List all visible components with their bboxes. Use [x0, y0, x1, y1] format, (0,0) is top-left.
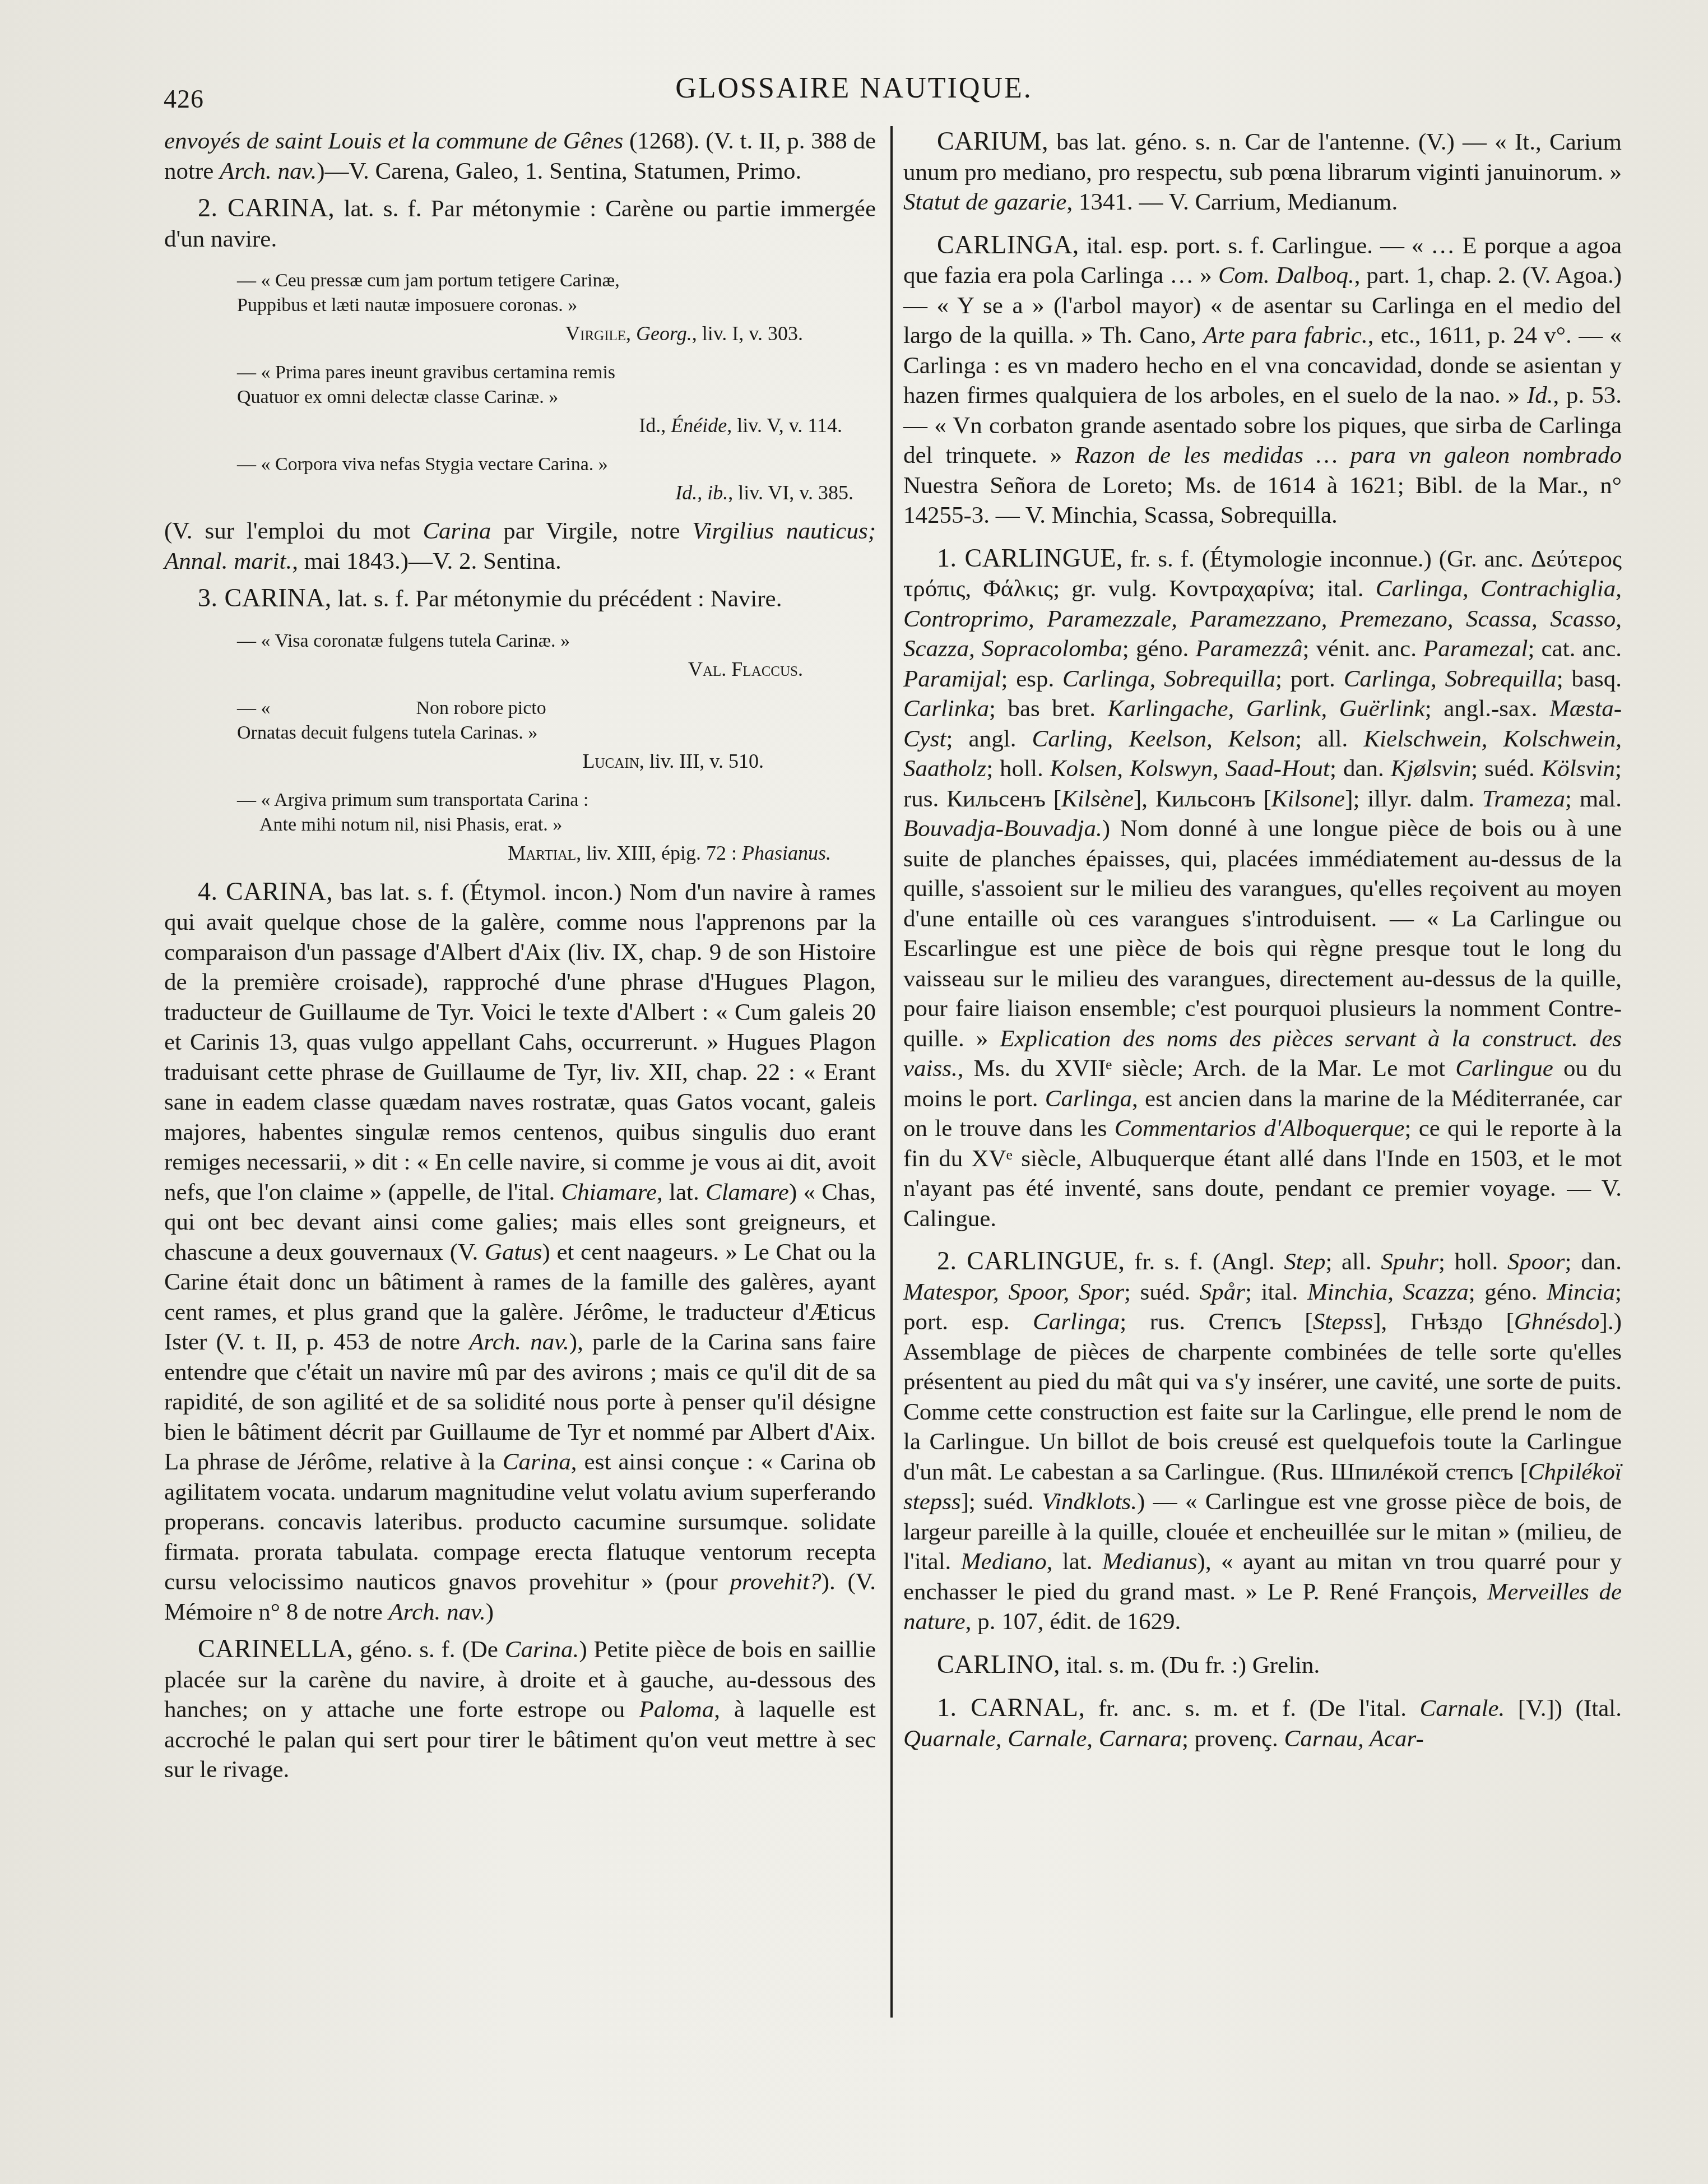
citation: Val. Flaccus.	[164, 657, 803, 681]
cite-rest: , liv. III, v. 510.	[639, 750, 764, 772]
text: )	[486, 1599, 494, 1625]
italic-text: Carlinga, Sobrequilla	[1344, 666, 1557, 692]
quote-line: — « Ceu pressæ cum jam portum tetigere C…	[237, 268, 876, 293]
headword: CARIUM,	[937, 127, 1048, 155]
text: ; all.	[1325, 1249, 1381, 1275]
italic-text: Karlingache, Garlink, Guërlink	[1107, 695, 1424, 722]
cross-reference-note: (V. sur l'emploi du mot Carina par Virgi…	[164, 516, 876, 576]
italic-text: Arch. nav.	[220, 158, 317, 184]
text: ; angl.	[946, 726, 1032, 752]
text: , 1341. — V. Carrium, Medianum.	[1066, 189, 1398, 215]
italic-text: Arch. nav.	[389, 1599, 486, 1625]
italic-text: Carina	[423, 518, 491, 544]
quote-line: Puppibus et læti nautæ imposuere coronas…	[237, 293, 876, 318]
italic-text: Carlinga	[1045, 1086, 1132, 1112]
entry-carlino: CARLINO, ital. s. m. (Du fr. :) Grelin.	[903, 1649, 1622, 1681]
entry-carnal-1: 1. CARNAL, fr. anc. s. m. et f. (De l'it…	[903, 1693, 1622, 1754]
quote-line: — « Prima pares ineunt gravibus certamin…	[237, 360, 876, 385]
italic-text: Spoor	[1507, 1249, 1565, 1275]
text: ) Nom donné à une longue pièce de bois o…	[903, 815, 1622, 1052]
text: , lat.	[657, 1179, 706, 1205]
text: ; provenç.	[1182, 1726, 1284, 1752]
italic-text: envoyés de saint Louis et la commune de …	[164, 128, 623, 154]
text: ], Гнѣздо [	[1373, 1309, 1514, 1335]
entry-carina-2: 2. CARINA, lat. s. f. Par métonymie : Ca…	[164, 193, 876, 254]
text: par Virgile, notre	[491, 518, 692, 544]
italic-text: Carlinga, Sobrequilla	[1062, 666, 1275, 692]
headword: CARINELLA,	[198, 1634, 353, 1663]
italic-text: Vindklots.	[1042, 1489, 1137, 1515]
italic-text: Chiamare	[561, 1179, 657, 1205]
text: ]; illyr. dalm.	[1345, 786, 1482, 812]
quote-dash: — «	[237, 698, 271, 718]
verse-quote: — « Visa coronatæ fulgens tutela Carinæ.…	[237, 629, 876, 653]
italic-text: Gatus	[485, 1239, 542, 1265]
entry-carlingue-2: 2. CARLINGUE, fr. s. f. (Angl. Step; all…	[903, 1246, 1622, 1637]
verse-quote: — «Non robore picto Ornatas decuit fulge…	[237, 696, 876, 745]
quote-line: — «Non robore picto	[237, 696, 876, 721]
italic-text: Mediano	[961, 1548, 1047, 1575]
quote-text: Non robore picto	[271, 698, 546, 718]
text: géno. s. f. (De	[353, 1636, 505, 1663]
text: fr. s. f. (Angl.	[1125, 1249, 1284, 1275]
italic-text: Kilsone	[1271, 786, 1345, 812]
headword: CARLINO,	[937, 1650, 1060, 1678]
text: ; géno.	[1122, 636, 1196, 662]
text: (V. sur l'emploi du mot	[164, 518, 423, 544]
cite-work: Georg.	[636, 322, 692, 345]
italic-text: Trameza	[1482, 786, 1565, 812]
entry-carium: CARIUM, bas lat. géno. s. n. Car de l'an…	[903, 126, 1622, 217]
cite-rest: , liv. V, v. 114.	[727, 414, 842, 437]
text: , p. 107, édit. de 1629.	[966, 1608, 1181, 1635]
text: ].) Assemblage de pièces de charpente co…	[903, 1309, 1622, 1485]
italic-text: Carlinka	[903, 695, 989, 722]
italic-text: Quarnale, Carnale, Carnara	[903, 1726, 1182, 1752]
verse-quote: — « Prima pares ineunt gravibus certamin…	[237, 360, 876, 410]
text: , lat.	[1047, 1548, 1102, 1575]
cite-author: Martial	[508, 842, 576, 864]
italic-text: Id.	[1527, 382, 1553, 409]
italic-text: Bouvadja-Bouvadja.	[903, 815, 1102, 842]
italic-text: Carling, Keelson, Kelson	[1032, 726, 1296, 752]
italic-text: Com. Dalboq.	[1218, 262, 1354, 289]
text: ; all.	[1295, 726, 1363, 752]
italic-text: Carlingue	[1455, 1055, 1553, 1082]
italic-text: Paramezal	[1423, 636, 1528, 662]
cite-rest: , liv. XIII, épig. 72 :	[576, 842, 742, 864]
right-column: CARIUM, bas lat. géno. s. n. Car de l'an…	[903, 126, 1622, 1760]
cite-work: Id., ib.	[675, 481, 728, 504]
text: ; angl.-sax.	[1425, 695, 1549, 722]
text: , Ms. du XVIIᵉ siècle; Arch. de la Mar. …	[958, 1055, 1456, 1082]
quote-line: — « Visa coronatæ fulgens tutela Carinæ.…	[237, 629, 876, 653]
running-head: GLOSSAIRE NAUTIQUE.	[0, 72, 1708, 105]
verse-quote: — « Corpora viva nefas Stygia vectare Ca…	[237, 452, 876, 477]
italic-text: Kolsen, Kolswyn, Saad-Hout	[1050, 755, 1330, 782]
italic-text: Carnau, Acar-	[1284, 1726, 1424, 1752]
cite-author: Virgile	[565, 322, 626, 345]
entry-carina-3: 3. CARINA, lat. s. f. Par métonymie du p…	[164, 583, 876, 614]
text: )—V. Carena, Galeo, 1. Sentina, Statumen…	[317, 158, 801, 184]
text: ], Кильсонъ [	[1134, 786, 1271, 812]
cite-rest: , liv. I, v. 303.	[692, 322, 803, 345]
citation: Lucain, liv. III, v. 510.	[164, 749, 764, 773]
headword: 3. CARINA,	[198, 583, 332, 612]
italic-text: Matespor, Spoor, Spor	[903, 1279, 1124, 1305]
italic-text: Carina.	[505, 1636, 579, 1663]
entry-carinella: CARINELLA, géno. s. f. (De Carina.) Peti…	[164, 1634, 876, 1785]
text: ; holl.	[986, 755, 1050, 782]
column-divider	[890, 126, 893, 2018]
italic-text: Spuhr	[1381, 1249, 1438, 1275]
citation: Martial, liv. XIII, épig. 72 : Phasianus…	[164, 841, 831, 865]
italic-text: Statut de gazarie	[903, 189, 1066, 215]
text: ; ital.	[1245, 1279, 1307, 1305]
headword: 1. CARLINGUE,	[937, 544, 1123, 572]
cite-author: Id.	[639, 414, 661, 437]
text: ; esp.	[1001, 666, 1062, 692]
quote-line: — « Corpora viva nefas Stygia vectare Ca…	[237, 452, 876, 477]
text: ; holl.	[1438, 1249, 1507, 1275]
italic-text: Step	[1284, 1249, 1325, 1275]
text: ; bas bret.	[989, 695, 1108, 722]
text: , mai 1843.)—V. 2. Sentina.	[292, 548, 561, 574]
text: ; mal.	[1565, 786, 1622, 812]
definition: lat. s. f. Par métonymie du précédent : …	[332, 586, 782, 612]
italic-text: Paloma	[639, 1696, 714, 1723]
cite-work: Phasianus.	[742, 842, 831, 864]
headword: 2. CARINA,	[198, 193, 335, 222]
text: ; port.	[1275, 666, 1344, 692]
text: ; dan.	[1565, 1249, 1622, 1275]
text: ; suéd.	[1471, 755, 1541, 782]
italic-text: Minchia, Scazza	[1307, 1279, 1469, 1305]
italic-text: Stepss	[1313, 1309, 1373, 1335]
headword: 4. CARINA,	[198, 877, 333, 906]
italic-text: provehit?	[730, 1569, 821, 1595]
citation: Id., Énéide, liv. V, v. 114.	[164, 413, 842, 438]
text: [V.]) (Ital.	[1505, 1695, 1622, 1722]
verse-quote: — « Argiva primum sum transportata Carin…	[237, 788, 876, 837]
italic-text: Arte para fabric.	[1203, 322, 1367, 349]
citation: Virgile, Georg., liv. I, v. 303.	[164, 321, 803, 346]
entry-carlinga: CARLINGA, ital. esp. port. s. f. Carling…	[903, 230, 1622, 531]
headword: 2. CARLINGUE,	[937, 1246, 1125, 1275]
text: ; rus. Степсъ [	[1120, 1309, 1312, 1335]
entry-carlingue-1: 1. CARLINGUE, fr. s. f. (Étymologie inco…	[903, 543, 1622, 1234]
text: Nuestra Señora de Loreto; Ms. de 1614 à …	[903, 472, 1622, 529]
cite-author: Val. Flaccus.	[688, 658, 803, 680]
quote-line: Quatuor ex omni delectæ classe Carinæ. »	[237, 385, 876, 410]
text: ; géno.	[1469, 1279, 1547, 1305]
italic-text: Kjølsvin	[1391, 755, 1471, 782]
entry-continuation: envoyés de saint Louis et la commune de …	[164, 126, 876, 186]
cite-author: Lucain	[583, 750, 639, 772]
italic-text: Carlinga	[1033, 1309, 1120, 1335]
text: ; vénit. anc.	[1303, 636, 1424, 662]
italic-text: Clamare	[706, 1179, 789, 1205]
italic-text: Paramezzâ	[1195, 636, 1302, 662]
text: ; suéd.	[1124, 1279, 1200, 1305]
italic-text: Commentarios d'Alboquerque	[1115, 1115, 1405, 1142]
citation: Id., ib., liv. VI, v. 385.	[164, 480, 853, 505]
text: ; dan.	[1330, 755, 1391, 782]
italic-text: Carina	[503, 1449, 571, 1475]
verse-quote: — « Ceu pressæ cum jam portum tetigere C…	[237, 268, 876, 318]
headword: 1. CARNAL,	[937, 1693, 1085, 1722]
headword: CARLINGA,	[937, 230, 1079, 259]
quote-line: Ante mihi notum nil, nisi Phasis, erat. …	[237, 813, 876, 837]
entry-carina-4: 4. CARINA, bas lat. s. f. (Étymol. incon…	[164, 877, 876, 1627]
left-column: envoyés de saint Louis et la commune de …	[164, 126, 876, 1792]
text: fr. anc. s. m. et f. (De l'ital.	[1085, 1695, 1419, 1722]
cite-rest: , liv. VI, v. 385.	[728, 481, 853, 504]
text: ]; suéd.	[961, 1489, 1042, 1515]
italic-text: Spår	[1200, 1279, 1245, 1305]
italic-text: Carnale.	[1420, 1695, 1505, 1722]
text: bas lat. s. f. (Étymol. incon.) Nom d'un…	[164, 879, 876, 1205]
definition: ital. s. m. (Du fr. :) Grelin.	[1060, 1652, 1320, 1678]
quote-line: Ornatas decuit fulgens tutela Carinas. »	[237, 721, 876, 745]
italic-text: Razon de les medidas … para vn galeon no…	[1075, 442, 1622, 469]
text: ; cat. anc.	[1528, 636, 1622, 662]
italic-text: Kölsvin	[1542, 755, 1615, 782]
italic-text: Ghnésdo	[1514, 1309, 1600, 1335]
cite-work: Énéide	[671, 414, 727, 437]
italic-text: Paramijal	[903, 666, 1001, 692]
quote-line: — « Argiva primum sum transportata Carin…	[237, 788, 876, 813]
italic-text: Mincia	[1547, 1279, 1615, 1305]
italic-text: Arch. nav.	[469, 1329, 569, 1355]
text: ; basq.	[1557, 666, 1622, 692]
italic-text: Medianus	[1102, 1548, 1198, 1575]
italic-text: Kilsène	[1061, 786, 1134, 812]
